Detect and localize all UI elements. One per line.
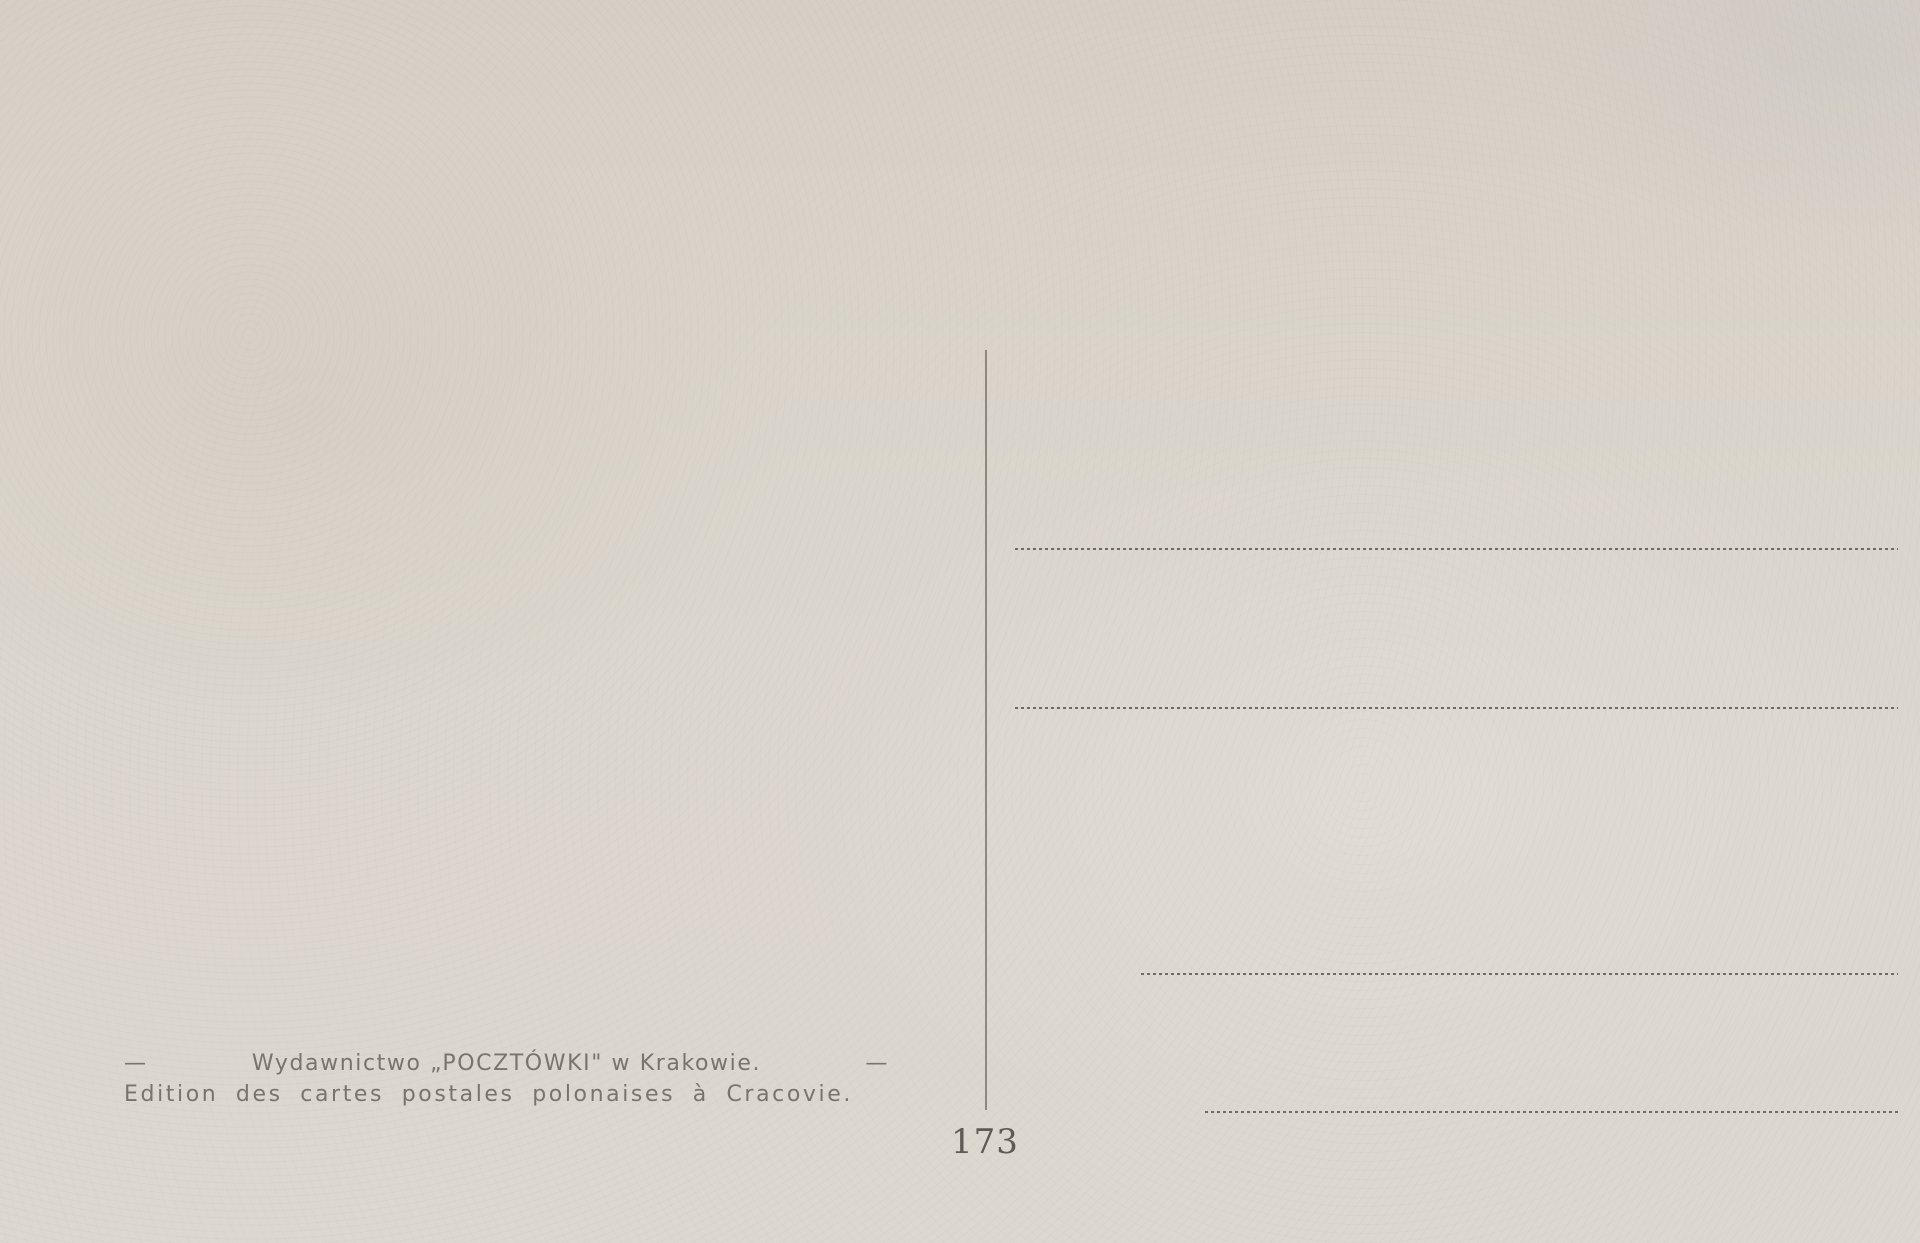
publisher-line-polish: — Wydawnictwo „POCZTÓWKI" w Krakowie. — (124, 1048, 889, 1079)
publisher-line-french: Edition des cartes postales polonaises à… (124, 1079, 889, 1110)
address-line-4 (1205, 1111, 1898, 1113)
address-line-1 (1015, 548, 1898, 550)
dash-left: — (124, 1048, 164, 1079)
center-divider-line (985, 350, 987, 1110)
dash-right: — (849, 1048, 889, 1079)
postcard-back: — Wydawnictwo „POCZTÓWKI" w Krakowie. — … (0, 0, 1920, 1243)
publisher-imprint: — Wydawnictwo „POCZTÓWKI" w Krakowie. — … (124, 1048, 889, 1110)
card-number: 173 (950, 1122, 1020, 1162)
publisher-name-polish: Wydawnictwo „POCZTÓWKI" w Krakowie. (164, 1048, 849, 1079)
address-line-2 (1015, 707, 1898, 709)
address-line-3 (1141, 973, 1898, 975)
